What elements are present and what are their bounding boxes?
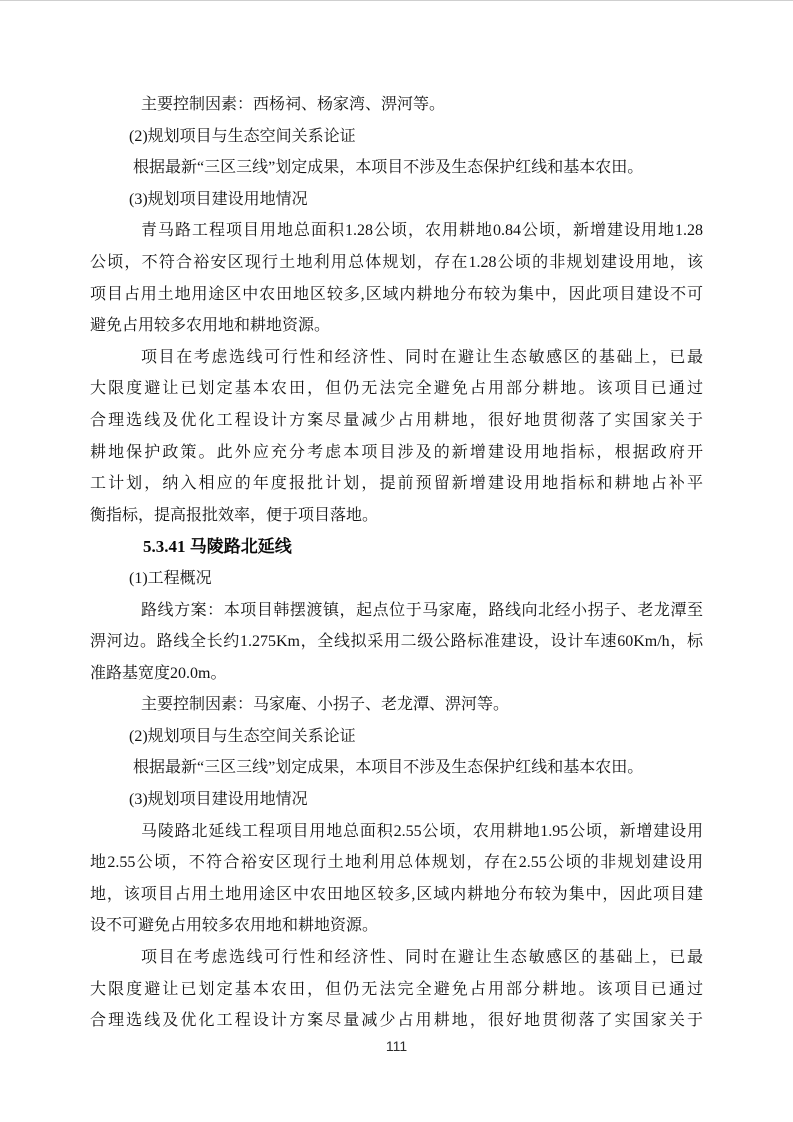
text-line: (3)规划项目建设用地情况 (90, 184, 703, 216)
text-line: 合理选线及优化工程设计方案尽量减少占用耕地，很好地贯彻落了实国家关于 (90, 405, 703, 437)
text-line: 合理选线及优化工程设计方案尽量减少占用耕地，很好地贯彻落了实国家关于 (90, 1005, 703, 1037)
text-line: 马陵路北延线工程项目用地总面积2.55公顷，农用耕地1.95公顷，新增建设用 (90, 816, 703, 848)
text-line: 大限度避让已划定基本农田，但仍无法完全避免占用部分耕地。该项目已通过 (90, 373, 703, 405)
text-line: 主要控制因素：马家庵、小拐子、老龙潭、淠河等。 (90, 689, 703, 721)
text-line: 淠河边。路线全长约1.275Km，全线拟采用二级公路标准建设，设计车速60Km/… (90, 626, 703, 658)
document-body: 主要控制因素：西杨祠、杨家湾、淠河等。(2)规划项目与生态空间关系论证根据最新“… (90, 89, 703, 1037)
text-line: 衡指标，提高报批效率，便于项目落地。 (90, 500, 703, 532)
text-line: 根据最新“三区三线”划定成果，本项目不涉及生态保护红线和基本农田。 (90, 152, 703, 184)
text-line: 根据最新“三区三线”划定成果，本项目不涉及生态保护红线和基本农田。 (90, 752, 703, 784)
text-line: 工计划，纳入相应的年度报批计划，提前预留新增建设用地指标和耕地占补平 (90, 468, 703, 500)
text-line: 项目在考虑选线可行性和经济性、同时在避让生态敏感区的基础上，已最 (90, 942, 703, 974)
text-line: (1)工程概况 (90, 563, 703, 595)
section-heading: 5.3.41 马陵路北延线 (90, 531, 703, 563)
text-line: 项目在考虑选线可行性和经济性、同时在避让生态敏感区的基础上，已最 (90, 342, 703, 374)
document-page: 主要控制因素：西杨祠、杨家湾、淠河等。(2)规划项目与生态空间关系论证根据最新“… (0, 0, 793, 1122)
text-line: 设不可避免占用较多农用地和耕地资源。 (90, 910, 703, 942)
text-line: 路线方案：本项目韩摆渡镇，起点位于马家庵，路线向北经小拐子、老龙潭至 (90, 595, 703, 627)
text-line: 地，该项目占用土地用途区中农田地区较多,区域内耕地分布较为集中，因此项目建 (90, 879, 703, 911)
text-line: 主要控制因素：西杨祠、杨家湾、淠河等。 (90, 89, 703, 121)
page-number: 111 (0, 1038, 793, 1054)
text-line: 公顷，不符合裕安区现行土地利用总体规划，存在1.28公顷的非规划建设用地，该 (90, 247, 703, 279)
text-line: 地2.55公顷，不符合裕安区现行土地利用总体规划，存在2.55公顷的非规划建设用 (90, 847, 703, 879)
text-line: (3)规划项目建设用地情况 (90, 784, 703, 816)
text-line: 避免占用较多农用地和耕地资源。 (90, 310, 703, 342)
text-line: (2)规划项目与生态空间关系论证 (90, 121, 703, 153)
text-line: 青马路工程项目用地总面积1.28公顷，农用耕地0.84公顷，新增建设用地1.28 (90, 215, 703, 247)
text-line: 项目占用土地用途区中农田地区较多,区域内耕地分布较为集中，因此项目建设不可 (90, 279, 703, 311)
text-line: 大限度避让已划定基本农田，但仍无法完全避免占用部分耕地。该项目已通过 (90, 974, 703, 1006)
text-line: 准路基宽度20.0m。 (90, 658, 703, 690)
text-line: 耕地保护政策。此外应充分考虑本项目涉及的新增建设用地指标，根据政府开 (90, 437, 703, 469)
text-line: (2)规划项目与生态空间关系论证 (90, 721, 703, 753)
